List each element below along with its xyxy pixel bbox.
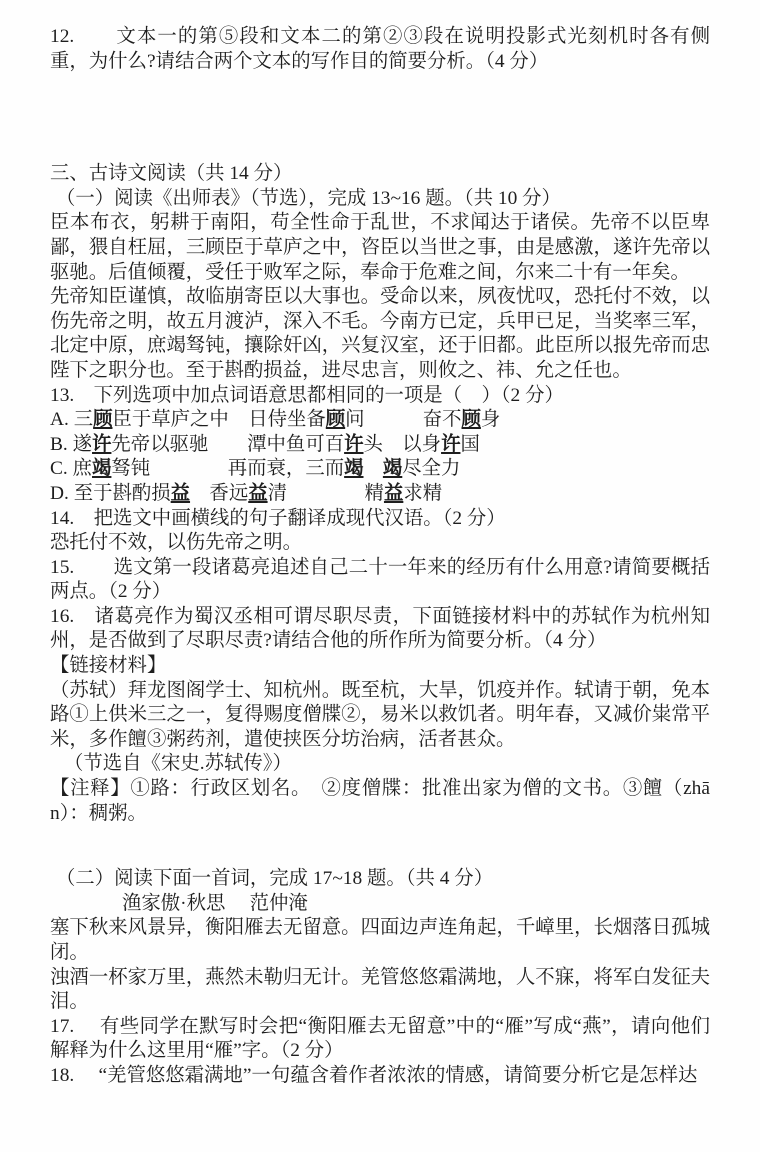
question-15: 15. 选文第一段诸葛亮追述自己二十一年来的经历有什么用意?请简要概括两点。（2… [50,556,710,605]
question-13-option-d: D. 至于斟酌损益 香远益清 精益求精 [50,482,710,507]
exam-paper-page: 12. 文本一的第⑤段和文本二的第②③段在说明投影式光刻机时各有侧重，为什么?请… [0,0,760,1152]
question-17: 17. 有些同学在默写时会把“衡阳雁去无留意”中的“雁”写成“燕”，请向他们解释… [50,1015,710,1064]
option-text: C. 庶 [50,458,92,479]
emphasized-char: 顾 [326,409,345,430]
emphasized-char: 顾 [93,409,112,430]
poem-stanza-1: 塞下秋来风景异，衡阳雁去无留意。四面边声连角起，千嶂里，长烟落日孤城闭。 [50,916,710,965]
emphasized-char: 竭 [344,458,363,479]
option-text: 驽钝 再而衰，三而 [111,458,344,479]
part1-intro: （一）阅读《出师表》（节选），完成 13~16 题。（共 10 分） [50,187,710,212]
option-text [364,458,383,479]
question-13-option-a: A. 三顾臣于草庐之中 日侍坐备顾问 奋不顾身 [50,408,710,433]
poem-title: 渔家傲·秋思 范仲淹 [50,892,710,917]
option-text: 香远 [190,483,248,504]
question-12: 12. 文本一的第⑤段和文本二的第②③段在说明投影式光刻机时各有侧重，为什么?请… [50,25,710,74]
question-13-option-b: B. 遂许先帝以驱驰 潭中鱼可百许头 以身许国 [50,433,710,458]
answer-space-q12 [50,74,710,162]
option-text: 臣于草庐之中 日侍坐备 [112,409,325,430]
question-13-stem: 13. 下列选项中加点词语意思都相同的一项是（ ）（2 分） [50,384,710,409]
link-material-body: （苏轼）拜龙图阁学士、知杭州。既至杭，大旱，饥疫并作。轼请于朝，免本路①上供米三… [50,679,710,753]
option-text: B. 遂 [50,434,92,455]
option-text: 问 奋不 [345,409,461,430]
emphasized-char: 益 [248,483,267,504]
passage-paragraph-2: 先帝知臣谨慎，故临崩寄臣以大事也。受命以来，夙夜忧叹，恐托付不效，以伤先帝之明，… [50,285,710,383]
emphasized-char: 许 [344,434,363,455]
option-text: 求精 [403,483,442,504]
question-18: 18. “羌管悠悠霜满地”一句蕴含着作者浓浓的情感，请简要分析它是怎样达 [50,1064,710,1089]
emphasized-char: 顾 [462,409,481,430]
emphasized-char: 益 [384,483,403,504]
option-text: 身 [481,409,500,430]
link-material-label: 【链接材料】 [50,654,710,679]
poem-stanza-2: 浊酒一杯家万里，燕然未勒归无计。羌管悠悠霜满地，人不寐，将军白发征夫泪。 [50,966,710,1015]
part2-intro: （二）阅读下面一首词，完成 17~18 题。（共 4 分） [50,867,710,892]
option-text: 先帝以驱驰 潭中鱼可百 [111,434,344,455]
passage-paragraph-1: 臣本布衣，躬耕于南阳，苟全性命于乱世，不求闻达于诸侯。先帝不以臣卑鄙，猥自枉屈，… [50,211,710,285]
link-material-notes: 【注释】①路：行政区划名。 ②度僧牒：批准出家为僧的文书。③饘（zhān）：稠粥… [50,777,710,826]
question-13-option-c: C. 庶竭驽钝 再而衰，三而竭 竭尽全力 [50,457,710,482]
emphasized-char: 许 [92,434,111,455]
option-text: 尽全力 [402,458,460,479]
question-16: 16. 诸葛亮作为蜀汉丞相可谓尽职尽责，下面链接材料中的苏轼作为杭州知州，是否做… [50,605,710,654]
emphasized-char: 竭 [383,458,402,479]
link-material-source: （节选自《宋史.苏轼传》） [50,752,710,777]
section-heading: 三、古诗文阅读（共 14 分） [50,162,710,187]
emphasized-char: 益 [171,483,190,504]
emphasized-char: 竭 [92,458,111,479]
option-text: 头 以身 [364,434,442,455]
option-text: D. 至于斟酌损 [50,483,171,504]
option-text: 国 [460,434,479,455]
option-text: A. 三 [50,409,93,430]
question-14-stem: 14. 把选文中画横线的句子翻译成现代汉语。（2 分） [50,507,710,532]
emphasized-char: 许 [441,434,460,455]
question-14-sentence: 恐托付不效，以伤先帝之明。 [50,531,710,556]
option-text: 清 精 [268,483,384,504]
